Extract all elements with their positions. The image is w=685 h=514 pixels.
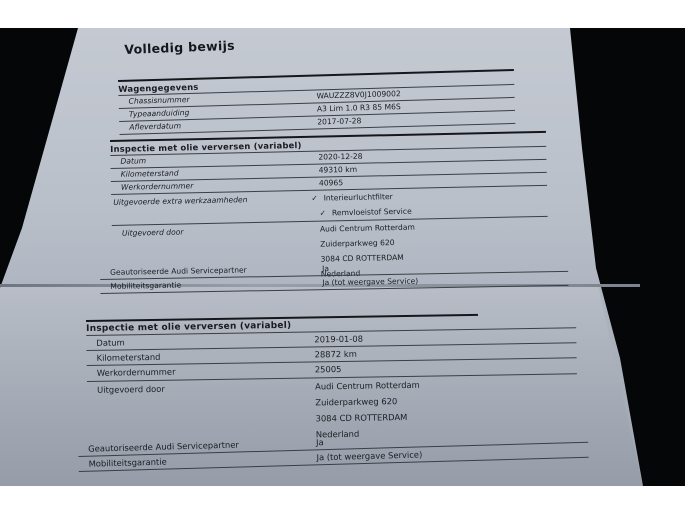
checkmark-icon: ✓ <box>311 194 318 203</box>
inspection-section-2: Inspectie met olie verversen (variabel) … <box>86 312 578 445</box>
extra-work-item: Interieurluchtfilter <box>324 192 393 202</box>
vehicle-data-section: Wagengegevens Chassisnummer WAUZZZ8V0J10… <box>118 69 515 135</box>
extra-work-item: Remvloeistof Service <box>332 207 412 218</box>
document-photo: Volledig bewijs Wagengegevens Chassisnum… <box>0 28 685 486</box>
mobility-guarantee-label: Mobiliteitsgarantie <box>100 276 322 293</box>
checkmark-icon: ✓ <box>319 208 326 217</box>
